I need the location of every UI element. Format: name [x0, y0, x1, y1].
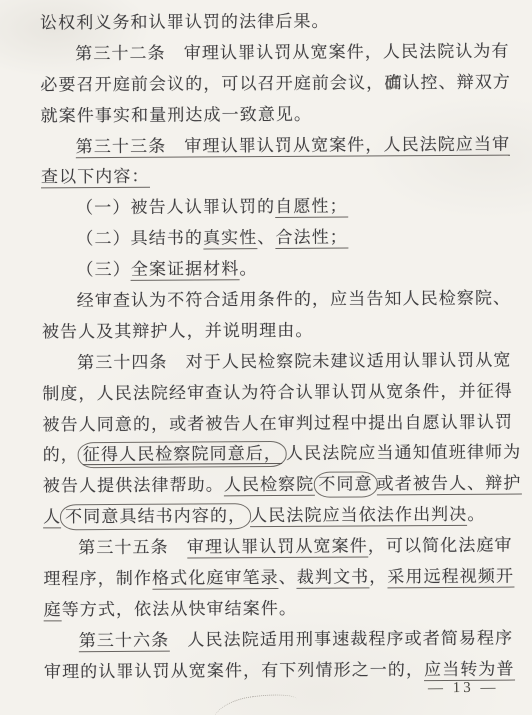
text-line: 第三十六条 人民法院适用刑事速裁程序或者简易程序 — [44, 623, 512, 657]
circled-annotation: 不同意具结书内容的， — [60, 503, 251, 530]
text-line: 必要召开庭前会议的，可以召开庭前会议，确认控、辩双方 — [40, 67, 508, 101]
underlined-text: 第三十六条 — [79, 630, 170, 652]
text-line: 被告人提供法律帮助。人民检察院不同意或者被告人、辩护 — [43, 469, 511, 503]
underlined-text: 审理认罪认罚从宽案件 — [187, 537, 368, 559]
text-segment: 。 — [239, 259, 257, 278]
text-segment: 等方式，依法从快审结案件。 — [62, 599, 297, 619]
text-segment: 被告人提供法律帮助。 — [43, 476, 224, 496]
text-line: （一）被告人认罪认罚的自愿性； — [41, 191, 509, 225]
text-segment: 就案件事实和量刑达成一致意见。 — [41, 104, 313, 125]
underlined-text: 查以下内容： — [41, 167, 150, 189]
text-segment: 讼权利义务和认罪认罚的法律后果。 — [40, 12, 330, 33]
underlined-text: 裁判文书 — [297, 567, 370, 588]
text-segment: 被告人同意的，或者被告人在审判过程中提出自愿认罪认罚 — [42, 412, 513, 434]
page-number: — 13 — — [427, 680, 498, 698]
text-segment: ， — [369, 567, 387, 586]
underlined-text: 全案证据材料 — [131, 259, 240, 281]
text-line: （三）全案证据材料。 — [41, 253, 509, 287]
text-segment: 被告人及其辩护人，并说明理由。 — [42, 321, 314, 342]
scanned-document-page: 讼权利义务和认罪认罚的法律后果。第三十二条 审理认罪认罚从宽案件，人民法院认为有… — [0, 0, 532, 715]
text-segment: 、 — [279, 568, 297, 587]
text-segment: 第三十二条 审理认罪认罚从宽案件，人民法院认为有 — [75, 41, 510, 63]
text-segment: （三） — [76, 260, 130, 279]
underlined-text: 采用远程视频开 — [387, 567, 514, 589]
underlined-text: 应当转为普 — [424, 659, 515, 681]
text-line: 被告人同意的，或者被告人在审判过程中提出自愿认罪认罚 — [42, 407, 510, 441]
text-line: 理程序，制作格式化庭审笔录、裁判文书，采用远程视频开 — [43, 562, 511, 596]
text-segment: （二）具结书的 — [76, 229, 203, 249]
text-segment: 制度，人民法院经审查认为符合认罪认罚从宽条件，并征得 — [42, 381, 513, 403]
text-line: 第三十三条 审理认罪认罚从宽案件，人民法院应当审 — [41, 129, 509, 163]
text-line: 第三十二条 审理认罪认罚从宽案件，人民法院认为有 — [40, 36, 508, 70]
text-line: 查以下内容： — [41, 160, 509, 194]
text-segment: 、 — [257, 228, 275, 247]
text-line: 庭等方式，依法从快审结案件。 — [44, 592, 512, 626]
text-line: 人不同意具结书内容的，人民法院应当依法作出判决。 — [43, 500, 511, 534]
text-segment: ，可以简化法庭审 — [368, 536, 513, 556]
text-line: 讼权利义务和认罪认罚的法律后果。 — [40, 6, 508, 40]
underlined-text: 真实性 — [203, 228, 257, 249]
circled-annotation: 不同意 — [313, 472, 377, 498]
pencil-stray-mark — [211, 691, 298, 715]
text-segment: 理程序，制作 — [43, 569, 152, 589]
circled-underlined-annotation: 征得人民检察院同意后， — [78, 441, 287, 468]
underlined-text: 人 — [43, 508, 61, 529]
document-body: 讼权利义务和认罪认罚的法律后果。第三十二条 审理认罪认罚从宽案件，人民法院认为有… — [40, 6, 512, 688]
text-line: 被告人及其辩护人，并说明理由。 — [42, 314, 510, 348]
underlined-text: 庭 — [44, 600, 62, 621]
underlined-text: 人民法院应当依法作出判决 — [250, 505, 467, 527]
text-segment: 。 — [467, 505, 485, 524]
text-segment: 第三十四条 对于人民检察院未建议适用认罪认罚从宽 — [77, 350, 512, 372]
underlined-text: 格式化庭审笔录 — [152, 568, 279, 590]
text-segment: 必要召开庭前会议的，可以召开庭前会议，确认控、辩双方 — [40, 72, 511, 94]
text-segment: 第三十五条 — [78, 538, 187, 558]
underlined-text: 第三十三条 审理认罪认罚从宽案件，人民法院应当审 — [76, 134, 511, 158]
text-segment: 审理的认罪认罚从宽案件，有下列情形之一的， — [44, 660, 424, 681]
underlined-text: 合法性； — [275, 228, 348, 249]
text-segment: 的， — [43, 446, 79, 465]
text-line: （二）具结书的真实性、合法性； — [41, 222, 509, 256]
text-segment: 人民法院应当通知值班律师为 — [286, 443, 521, 463]
text-line: 第三十四条 对于人民检察院未建议适用认罪认罚从宽 — [42, 345, 510, 379]
text-segment: （一）被告人认罪认罚的 — [76, 197, 275, 217]
text-segment: 经审查认为不符合适用条件的，应当告知人民检察院、 — [77, 289, 512, 311]
underlined-text: 自愿性； — [275, 197, 348, 218]
text-line: 的，征得人民检察院同意后，人民法院应当通知值班律师为 — [43, 438, 511, 472]
underlined-text: 或者被告人、辩护 — [377, 474, 522, 496]
text-line: 就案件事实和量刑达成一致意见。 — [40, 98, 508, 132]
text-line: 制度，人民法院经审查认为符合认罪认罚从宽条件，并征得 — [42, 376, 510, 410]
text-segment: 人民法院适用刑事速裁程序或者简易程序 — [169, 628, 513, 649]
text-line: 经审查认为不符合适用条件的，应当告知人民检察院、 — [42, 284, 510, 318]
text-line: 第三十五条 审理认罪认罚从宽案件，可以简化法庭审 — [43, 531, 511, 565]
underlined-text: 人民检察院 — [224, 475, 315, 497]
